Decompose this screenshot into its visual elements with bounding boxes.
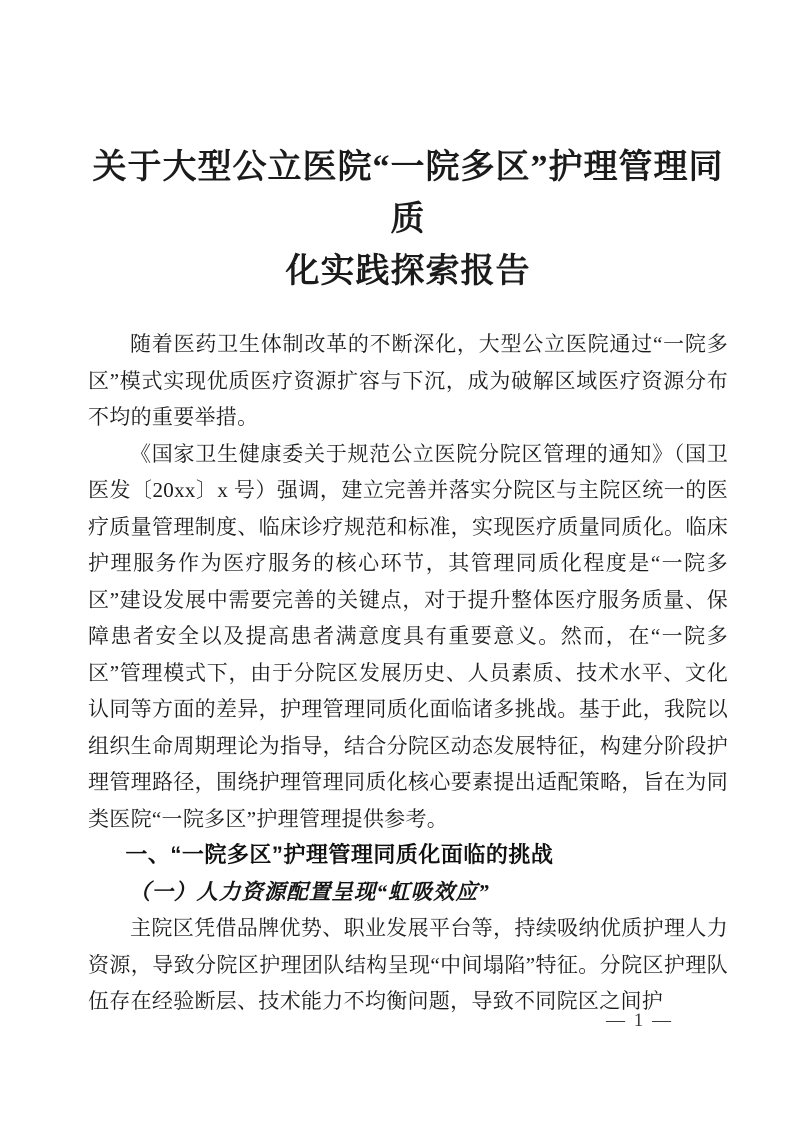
intro-paragraph-2: 《国家卫生健康委关于规范公立医院分院区管理的通知》（国卫医发〔20xx〕x 号）… bbox=[88, 436, 728, 838]
section-heading-1: 一、“一院多区”护理管理同质化面临的挑战 bbox=[88, 837, 728, 874]
document-title: 关于大型公立医院“一院多区”护理管理同质 化实践探索报告 bbox=[88, 142, 728, 298]
document-body: 随着医药卫生体制改革的不断深化，大型公立医院通过“一院多区”模式实现优质医疗资源… bbox=[88, 326, 728, 1020]
document-title-line-2: 化实践探索报告 bbox=[88, 246, 728, 298]
subsection-heading-1-1: （一）人力资源配置呈现“虹吸效应” bbox=[88, 874, 728, 911]
document-page: 关于大型公立医院“一院多区”护理管理同质 化实践探索报告 随着医药卫生体制改革的… bbox=[0, 0, 793, 1122]
document-title-line-1: 关于大型公立医院“一院多区”护理管理同质 bbox=[88, 142, 728, 246]
page-number: — 1 — bbox=[88, 1010, 673, 1032]
section1-paragraph-1: 主院区凭借品牌优势、职业发展平台等，持续吸纳优质护理人力资源，导致分院区护理团队… bbox=[88, 910, 728, 1020]
intro-paragraph-1: 随着医药卫生体制改革的不断深化，大型公立医院通过“一院多区”模式实现优质医疗资源… bbox=[88, 326, 728, 436]
